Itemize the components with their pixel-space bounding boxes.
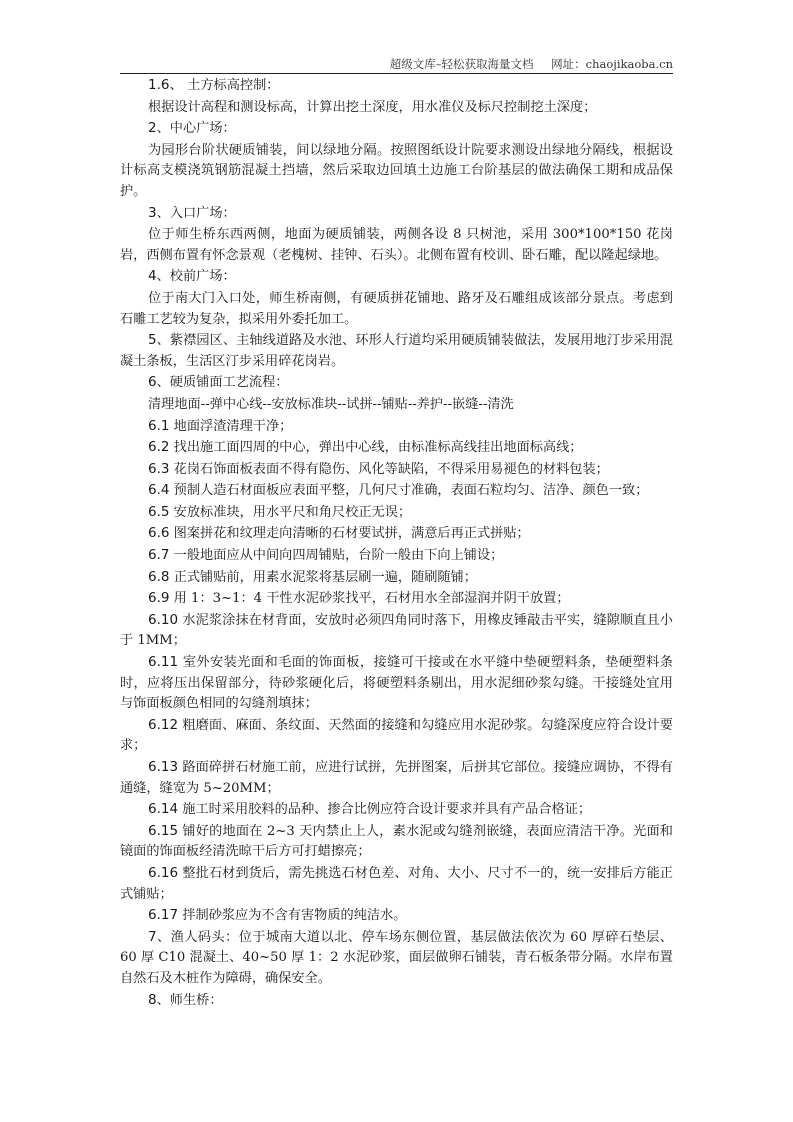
paragraph: 3、入口广场： bbox=[120, 203, 673, 225]
paragraph: 6.1 地面浮渣清理干净； bbox=[120, 416, 673, 438]
paragraph: 6.17 拌制砂浆应为不含有害物质的纯洁水。 bbox=[120, 905, 673, 927]
paragraph: 6.6 图案拼花和纹理走向清晰的石材要试拼，满意后再正式拼贴； bbox=[120, 523, 673, 545]
paragraph: 7、渔人码头：位于城南大道以北、停车场东侧位置，基层做法依次为 60 厚碎石垫层… bbox=[120, 927, 673, 990]
paragraph: 6.2 找出施工面四周的中心，弹出中心线，由标准标高线挂出地面标高线； bbox=[120, 437, 673, 459]
paragraph: 清理地面--弹中心线--安放标准块--试拼--铺贴--养护--嵌缝--清洗 bbox=[120, 394, 673, 416]
paragraph: 6.3 花岗石饰面板表面不得有隐伤、风化等缺陷，不得采用易褪色的材料包装； bbox=[120, 459, 673, 481]
paragraph: 8、师生桥： bbox=[120, 990, 673, 1012]
paragraph: 4、校前广场： bbox=[120, 266, 673, 288]
paragraph: 位于师生桥东西两侧，地面为硬质铺装，两侧各设 8 只树池，采用 300*100*… bbox=[120, 224, 673, 266]
paragraph: 6.15 铺好的地面在 2~3 天内禁止上人，素水泥或勾缝剂嵌缝，表面应清洁干净… bbox=[120, 821, 673, 863]
paragraph: 5、紫襟园区、主轴线道路及水池、环形人行道均采用硬质铺装做法，发展用地汀步采用混… bbox=[120, 330, 673, 372]
paragraph: 6、硬质铺面工艺流程： bbox=[120, 372, 673, 394]
paragraph: 6.12 粗磨面、麻面、条纹面、天然面的接缝和勾缝应用水泥砂浆。勾缝深度应符合设… bbox=[120, 715, 673, 757]
paragraph: 1.6、 土方标高控制： bbox=[120, 75, 673, 97]
document-body: 1.6、 土方标高控制： 根据设计高程和测设标高，计算出挖土深度，用水准仪及标尺… bbox=[120, 75, 673, 1011]
paragraph: 6.8 正式铺贴前，用素水泥浆将基层刷一遍，随刷随铺； bbox=[120, 567, 673, 589]
paragraph: 6.14 施工时采用胶料的品种、掺合比例应符合设计要求并具有产品合格证； bbox=[120, 799, 673, 821]
paragraph: 6.10 水泥浆涂抹在材背面，安放时必须四角同时落下，用橡皮锤敲击平实，缝隙顺直… bbox=[120, 610, 673, 652]
paragraph: 6.5 安放标准块，用水平尺和角尺校正无误； bbox=[120, 502, 673, 524]
paragraph: 6.16 整批石材到货后，需先挑选石材色差、对角、大小、尺寸不一的，统一安排后方… bbox=[120, 863, 673, 905]
paragraph: 位于南大门入口处，师生桥南侧，有硬质拼花铺地、路牙及石雕组成该部分景点。考虑到石… bbox=[120, 288, 673, 330]
page-header: 超级文库–轻松获取海量文档 网址：chaojikaoba.cn bbox=[120, 56, 673, 74]
paragraph: 6.11 室外安装光面和毛面的饰面板，接缝可干接或在水平缝中垫硬塑料条，垫硬塑料… bbox=[120, 652, 673, 715]
paragraph: 6.4 预制人造石材面板应表面平整，几何尺寸准确，表面石粒均匀、洁净、颜色一致； bbox=[120, 480, 673, 502]
site-name: 超级文库–轻松获取海量文档 bbox=[390, 57, 534, 71]
site-url: 网址：chaojikaoba.cn bbox=[551, 57, 673, 71]
paragraph: 6.7 一般地面应从中间向四周铺贴，台阶一般由下向上铺设； bbox=[120, 545, 673, 567]
paragraph: 为园形台阶状硬质铺装，间以绿地分隔。按照图纸设计院要求测设出绿地分隔线，根据设计… bbox=[120, 140, 673, 203]
paragraph: 6.13 路面碎拼石材施工前，应进行试拼，先拼图案，后拼其它部位。接缝应调协，不… bbox=[120, 757, 673, 799]
paragraph: 根据设计高程和测设标高，计算出挖土深度，用水准仪及标尺控制挖土深度； bbox=[120, 97, 673, 119]
paragraph: 2、中心广场： bbox=[120, 118, 673, 140]
paragraph: 6.9 用 1：3~1：4 干性水泥砂浆找平，石材用水全部湿润并阴干放置； bbox=[120, 588, 673, 610]
